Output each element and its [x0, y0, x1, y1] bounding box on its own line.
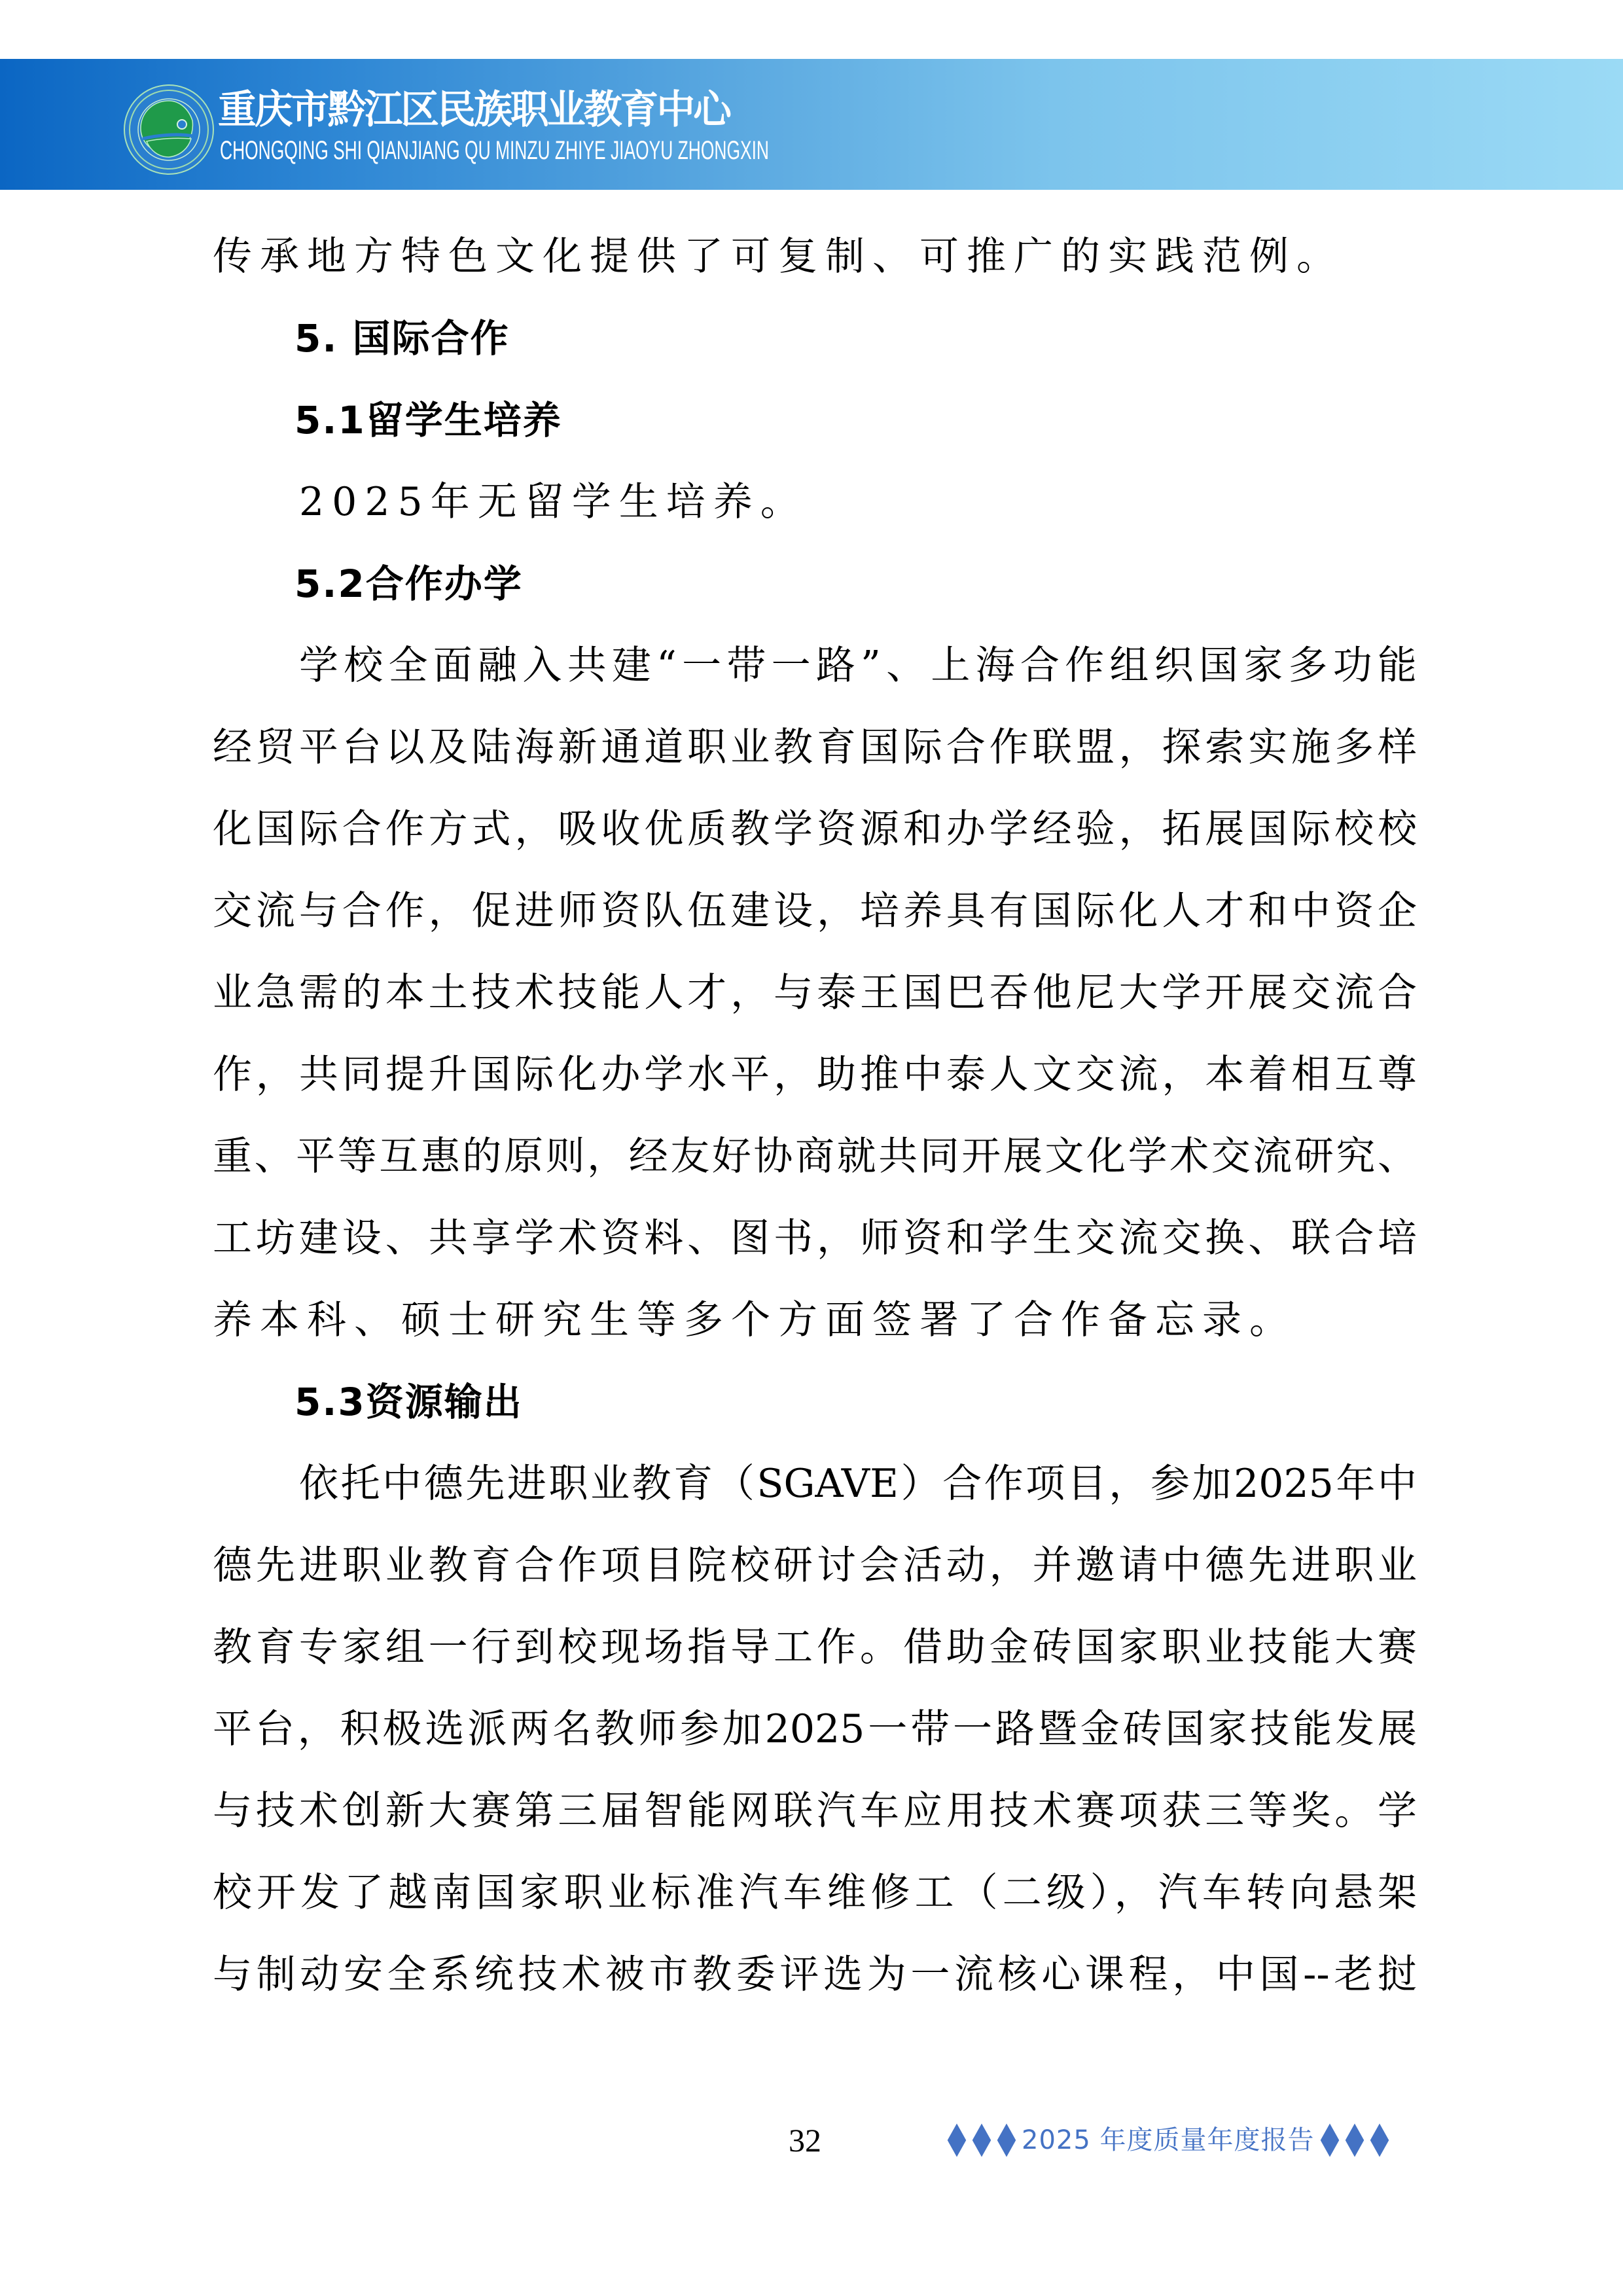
body-line: 业急需的本土技术技能人才，与泰王国巴吞他尼大学开展交流合 [213, 952, 1417, 1034]
report-title: 2025 年度质量年度报告 [1019, 2121, 1317, 2160]
body-line: 平台，积极选派两名教师参加2025一带一路暨金砖国家技能发展 [213, 1689, 1417, 1770]
body-line: 养本科、硕士研究生等多个方面签署了合作备忘录。 [213, 1280, 1417, 1361]
school-name-pinyin: CHONGQING SHI QIANJIANG QU MINZU ZHIYE J… [220, 136, 769, 165]
body-line: 与制动安全系统技术被市教委评选为一流核心课程，中国--老挝 [213, 1934, 1417, 2016]
body-line: 依托中德先进职业教育（SGAVE）合作项目，参加2025年中 [213, 1443, 1417, 1525]
body-line: 交流与合作，促进师资队伍建设，培养具有国际化人才和中资企 [213, 870, 1417, 952]
body-line: 经贸平台以及陆海新通道职业教育国际合作联盟，探索实施多样 [213, 707, 1417, 789]
school-name-title: 重庆市黔江区民族职业教育中心 [218, 84, 730, 136]
diamond-icon [944, 2121, 969, 2160]
section-heading-international-students: 5.1留学生培养 [213, 380, 1417, 461]
body-line: 传承地方特色文化提供了可复制、可推广的实践范例。 [213, 216, 1417, 298]
body-line: 校开发了越南国家职业标准汽车维修工（二级），汽车转向悬架 [213, 1852, 1417, 1934]
body-line: 工坊建设、共享学术资料、图书，师资和学生交流交换、联合培 [213, 1198, 1417, 1280]
diamond-icon [1317, 2121, 1342, 2160]
body-line: 德先进职业教育合作项目院校研讨会活动，并邀请中德先进职业 [213, 1525, 1417, 1607]
section-heading-international-cooperation: 5. 国际合作 [213, 298, 1417, 380]
section-heading-cooperative-education: 5.2合作办学 [213, 543, 1417, 625]
diamond-icon [969, 2121, 994, 2160]
body-line: 重、平等互惠的原则，经友好协商就共同开展文化学术交流研究、 [213, 1116, 1417, 1198]
body-line: 化国际合作方式，吸收优质教学资源和办学经验，拓展国际校校 [213, 789, 1417, 870]
school-emblem-icon [123, 84, 215, 175]
body-line: 教育专家组一行到校现场指导工作。借助金砖国家职业技能大赛 [213, 1607, 1417, 1689]
body-line: 2025年无留学生培养。 [213, 461, 1417, 543]
diamond-icon [994, 2121, 1019, 2160]
page-number: 32 [789, 2121, 821, 2160]
document-body: 传承地方特色文化提供了可复制、可推广的实践范例。 5. 国际合作 5.1留学生培… [213, 216, 1417, 2016]
diamond-icon [1342, 2121, 1367, 2160]
footer-report-label: 2025 年度质量年度报告 [944, 2121, 1392, 2160]
section-heading-resource-output: 5.3资源输出 [213, 1361, 1417, 1443]
diamond-icon [1367, 2121, 1392, 2160]
body-line: 学校全面融入共建“一带一路”、上海合作组织国家多功能 [213, 625, 1417, 707]
body-line: 与技术创新大赛第三届智能网联汽车应用技术赛项获三等奖。学 [213, 1770, 1417, 1852]
body-line: 作，共同提升国际化办学水平，助推中泰人文交流，本着相互尊 [213, 1034, 1417, 1116]
